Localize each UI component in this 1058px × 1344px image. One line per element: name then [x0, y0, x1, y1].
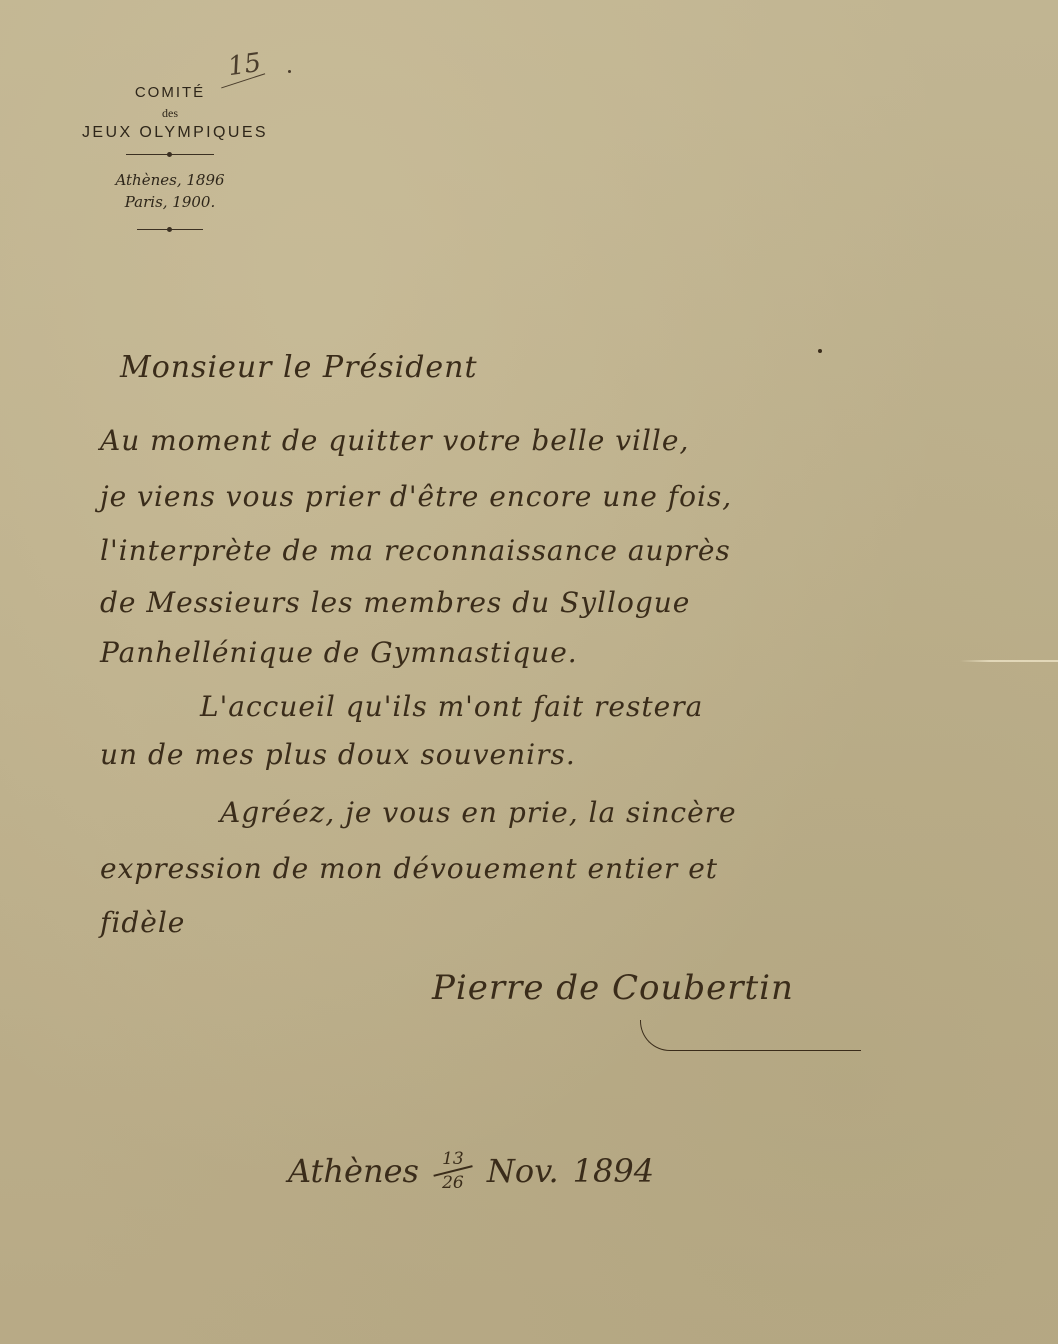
letterhead-divider-bottom — [137, 229, 203, 230]
date-place: Athènes — [288, 1152, 419, 1190]
body-line-1: Au moment de quitter votre belle ville, — [100, 424, 689, 457]
body-line-8: Agréez, je vous en prie, la sincère — [220, 796, 737, 829]
letterhead-divider — [126, 154, 214, 155]
letterhead: COMITÉ des JEUX OLYMPIQUES Athènes, 1896… — [40, 82, 300, 244]
body-line-4: de Messieurs les membres du Syllogue — [100, 586, 690, 619]
date-day-new-style: 26 — [442, 1174, 464, 1192]
letterhead-comite: COMITÉ — [40, 82, 300, 104]
date-day-fraction: 13 26 — [433, 1150, 473, 1192]
paper-fold-crease — [960, 660, 1058, 662]
letter-page: 15 COMITÉ des JEUX OLYMPIQUES Athènes, 1… — [0, 0, 1058, 1344]
date-day-old-style: 13 — [442, 1150, 464, 1168]
archive-number: 15 — [226, 48, 263, 82]
date-line: Athènes 13 26 Nov. 1894 — [288, 1150, 654, 1192]
ink-dot — [818, 349, 822, 353]
body-line-2: je viens vous prier d'être encore une fo… — [100, 480, 732, 513]
letterhead-athens: Athènes, 1896 — [40, 169, 300, 191]
body-line-6: L'accueil qu'ils m'ont fait restera — [200, 690, 703, 723]
letterhead-paris: Paris, 1900. — [40, 191, 300, 213]
letterhead-jeux-olympiques: JEUX OLYMPIQUES — [50, 122, 300, 144]
salutation: Monsieur le Président — [120, 350, 478, 385]
pencil-dot — [288, 70, 291, 73]
body-line-7: un de mes plus doux souvenirs. — [100, 738, 576, 771]
signature-flourish — [640, 1020, 861, 1051]
body-line-5: Panhellénique de Gymnastique. — [100, 636, 578, 669]
letterhead-des: des — [40, 104, 300, 122]
date-month: Nov. — [487, 1152, 559, 1190]
body-line-9: expression de mon dévouement entier et — [100, 852, 718, 885]
signature: Pierre de Coubertin — [432, 968, 794, 1008]
body-line-10: fidèle — [100, 906, 185, 939]
body-line-3: l'interprète de ma reconnaissance auprès — [100, 534, 731, 567]
date-year: 1894 — [573, 1152, 654, 1190]
